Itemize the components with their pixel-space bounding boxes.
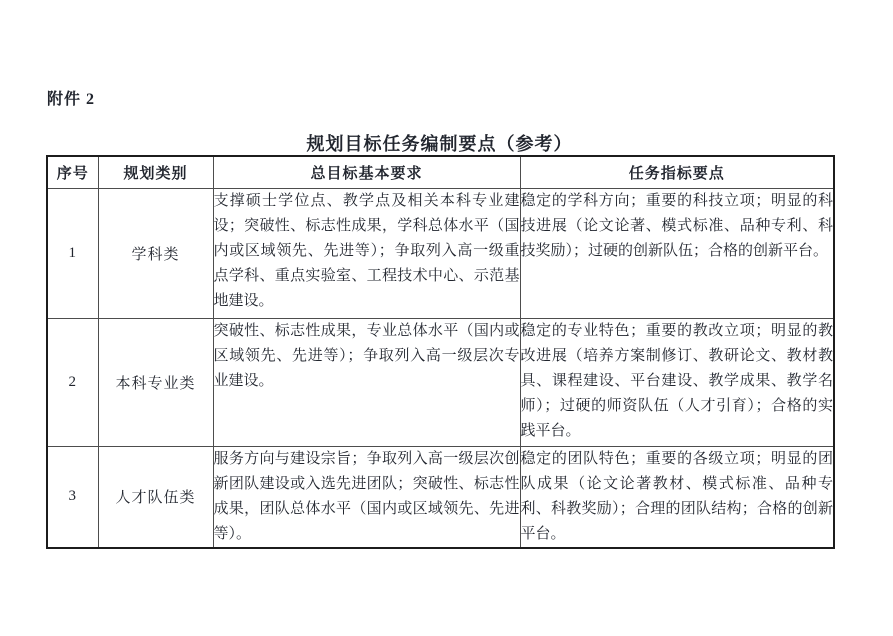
row-number-cell: 3 <box>47 446 98 548</box>
goal-cell: 服务方向与建设宗旨；争取列入高一级层次创新团队建设或入选先进团队；突破性、标志性… <box>213 446 520 548</box>
tasks-cell: 稳定的团队特色；重要的各级立项；明显的团队成果（论文论著教材、模式标准、品种专利… <box>520 446 834 548</box>
planning-points-table: 序号 规划类别 总目标基本要求 任务指标要点 1 学科类 支撑硕士学位点、教学点… <box>46 155 835 549</box>
column-header-serial: 序号 <box>47 156 98 188</box>
table-row: 3 人才队伍类 服务方向与建设宗旨；争取列入高一级层次创新团队建设或入选先进团队… <box>47 446 834 548</box>
attachment-label: 附件 2 <box>47 86 95 109</box>
goal-cell: 突破性、标志性成果，专业总体水平（国内或区域领先、先进等）；争取列入高一级层次专… <box>213 318 520 446</box>
table-row: 1 学科类 支撑硕士学位点、教学点及相关本科专业建设；突破性、标志性成果，学科总… <box>47 188 834 318</box>
document-page: 附件 2 规划目标任务编制要点（参考） 序号 规划类别 总目标基本要求 任务指标… <box>0 0 893 636</box>
table-row: 2 本科专业类 突破性、标志性成果，专业总体水平（国内或区域领先、先进等）；争取… <box>47 318 834 446</box>
column-header-tasks: 任务指标要点 <box>520 156 834 188</box>
category-cell: 人才队伍类 <box>98 446 213 548</box>
row-number-cell: 1 <box>47 188 98 318</box>
page-title: 规划目标任务编制要点（参考） <box>46 130 833 156</box>
category-cell: 学科类 <box>98 188 213 318</box>
table-header-row: 序号 规划类别 总目标基本要求 任务指标要点 <box>47 156 834 188</box>
tasks-cell: 稳定的学科方向；重要的科技立项；明显的科技进展（论文论著、模式标准、品种专利、科… <box>520 188 834 318</box>
tasks-cell: 稳定的专业特色；重要的教改立项；明显的教改进展（培养方案制修订、教研论文、教材教… <box>520 318 834 446</box>
row-number-cell: 2 <box>47 318 98 446</box>
goal-cell: 支撑硕士学位点、教学点及相关本科专业建设；突破性、标志性成果，学科总体水平（国内… <box>213 188 520 318</box>
column-header-category: 规划类别 <box>98 156 213 188</box>
category-cell: 本科专业类 <box>98 318 213 446</box>
column-header-goal: 总目标基本要求 <box>213 156 520 188</box>
